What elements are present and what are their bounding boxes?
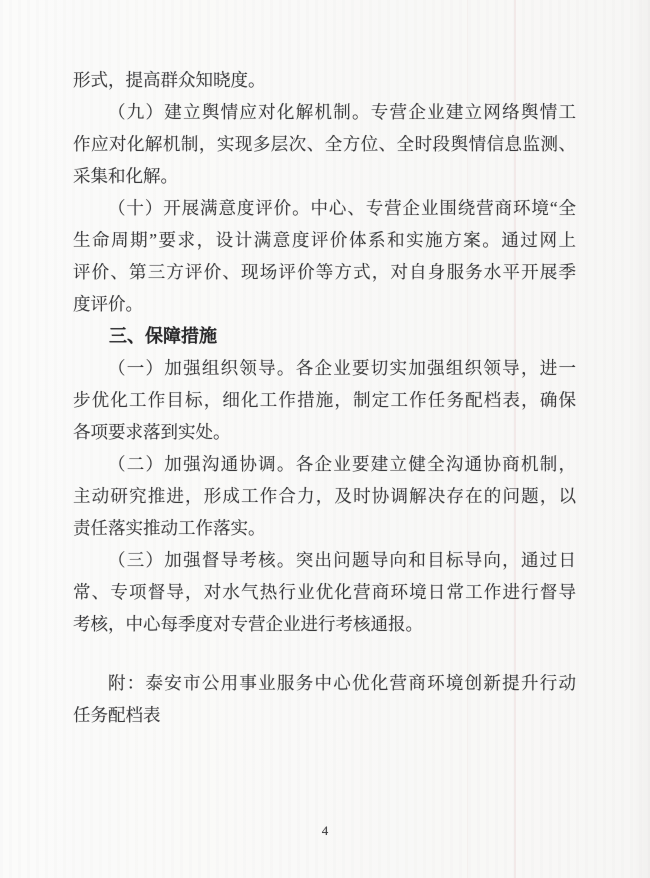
- text-line: 作应对化解机制，实现多层次、全方位、全时段舆情信息监测、: [73, 128, 576, 160]
- paragraph: 形式，提高群众知晓度。: [73, 64, 576, 96]
- text-line: 责任落实推动工作落实。: [73, 512, 576, 544]
- paragraph: （九）建立舆情应对化解机制。专营企业建立网络舆情工作应对化解机制，实现多层次、全…: [73, 96, 576, 192]
- text-line: （十）开展满意度评价。中心、专营企业围绕营商环境“全: [73, 192, 576, 224]
- text-line: 主动研究推进，形成工作合力，及时协调解决存在的问题，以: [73, 480, 576, 512]
- text-line: 考核，中心每季度对专营企业进行考核通报。: [73, 608, 576, 640]
- text-line: 评价、第三方评价、现场评价等方式，对自身服务水平开展季: [73, 256, 576, 288]
- text-line: （九）建立舆情应对化解机制。专营企业建立网络舆情工: [73, 96, 576, 128]
- paragraph: （三）加强督导考核。突出问题导向和目标导向，通过日常、专项督导，对水气热行业优化…: [73, 544, 576, 640]
- page-number: 4: [0, 822, 650, 840]
- text-line: 附：泰安市公用事业服务中心优化营商环境创新提升行动: [73, 667, 576, 699]
- text-line: 三、保障措施: [73, 320, 576, 352]
- text-line: 常、专项督导，对水气热行业优化营商环境日常工作进行督导: [73, 576, 576, 608]
- attachment-note: 附：泰安市公用事业服务中心优化营商环境创新提升行动任务配档表: [73, 667, 576, 731]
- text-line: （一）加强组织领导。各企业要切实加强组织领导，进一: [73, 352, 576, 384]
- paragraph: （十）开展满意度评价。中心、专营企业围绕营商环境“全生命周期”要求，设计满意度评…: [73, 192, 576, 320]
- document-page: 形式，提高群众知晓度。（九）建立舆情应对化解机制。专营企业建立网络舆情工作应对化…: [0, 0, 650, 878]
- document-body: 形式，提高群众知晓度。（九）建立舆情应对化解机制。专营企业建立网络舆情工作应对化…: [73, 64, 576, 731]
- text-line: 形式，提高群众知晓度。: [73, 64, 576, 96]
- section-heading: 三、保障措施: [73, 320, 576, 352]
- paragraph: （二）加强沟通协调。各企业要建立健全沟通协商机制，主动研究推进，形成工作合力，及…: [73, 448, 576, 544]
- paragraph: （一）加强组织领导。各企业要切实加强组织领导，进一步优化工作目标，细化工作措施，…: [73, 352, 576, 448]
- text-line: 生命周期”要求，设计满意度评价体系和实施方案。通过网上: [73, 224, 576, 256]
- text-line: 任务配档表: [73, 699, 576, 731]
- text-line: 各项要求落到实处。: [73, 416, 576, 448]
- text-line: 度评价。: [73, 288, 576, 320]
- text-line: （三）加强督导考核。突出问题导向和目标导向，通过日: [73, 544, 576, 576]
- text-line: （二）加强沟通协调。各企业要建立健全沟通协商机制，: [73, 448, 576, 480]
- text-line: 步优化工作目标，细化工作措施，制定工作任务配档表，确保: [73, 384, 576, 416]
- text-line: 采集和化解。: [73, 160, 576, 192]
